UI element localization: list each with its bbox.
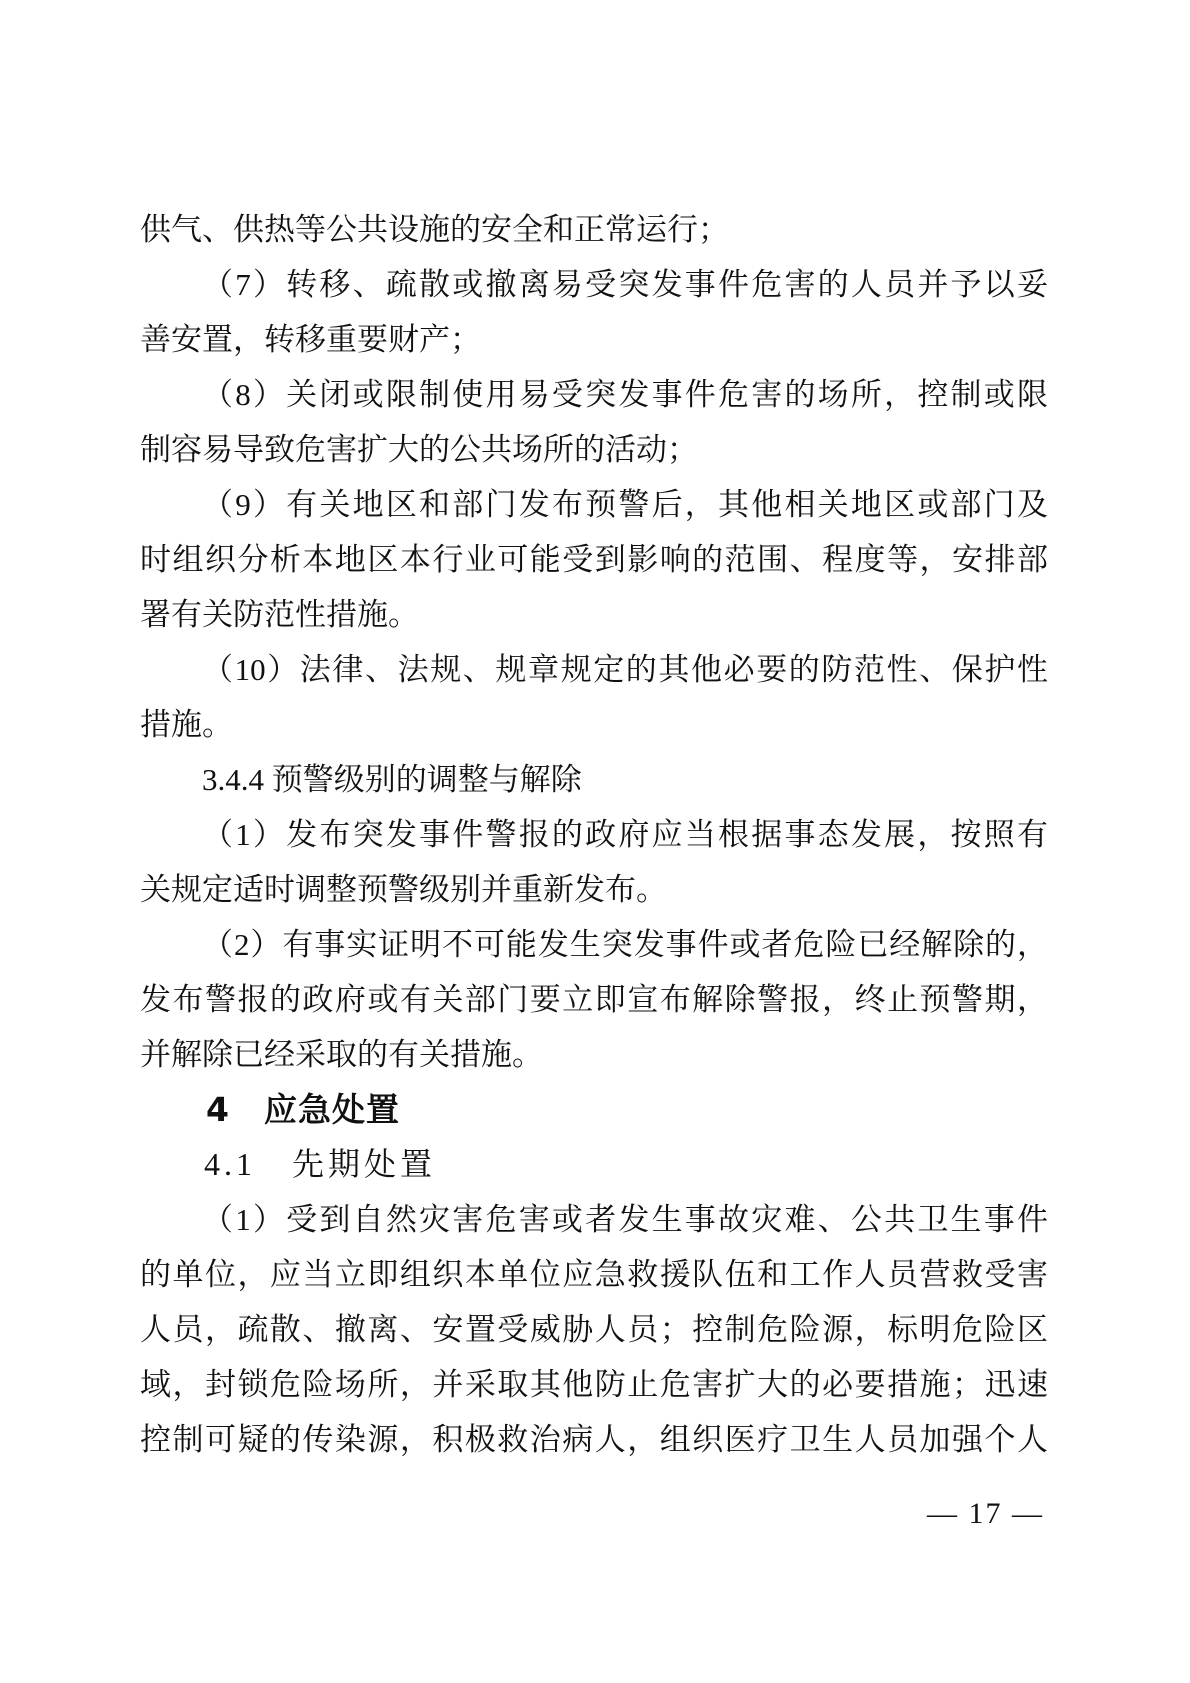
text-line: 时组织分析本地区本行业可能受到影响的范围、程度等，安排部 (140, 532, 1048, 587)
text-line: 供气、供热等公共设施的安全和正常运行； (140, 202, 1048, 257)
text-line: （10）法律、法规、规章规定的其他必要的防范性、保护性 (140, 642, 1048, 697)
text-line: 发布警报的政府或有关部门要立即宣布解除警报，终止预警期， (140, 972, 1048, 1027)
text-line: 并解除已经采取的有关措施。 (140, 1027, 1048, 1082)
text-line: 人员，疏散、撤离、安置受威胁人员；控制危险源，标明危险区 (140, 1302, 1048, 1357)
page-number: — 17 — (927, 1496, 1044, 1532)
text-line: 制容易导致危害扩大的公共场所的活动； (140, 422, 1048, 477)
text-line: 的单位，应当立即组织本单位应急救援队伍和工作人员营救受害 (140, 1247, 1048, 1302)
text-line: 善安置，转移重要财产； (140, 312, 1048, 367)
text-line: （1）受到自然灾害危害或者发生事故灾难、公共卫生事件 (140, 1192, 1048, 1247)
section-heading: 4.1 先期处置 (140, 1137, 1048, 1192)
document-body: 供气、供热等公共设施的安全和正常运行；（7）转移、疏散或撤离易受突发事件危害的人… (0, 0, 1190, 1467)
text-line: （8）关闭或限制使用易受突发事件危害的场所，控制或限 (140, 367, 1048, 422)
text-line: 关规定适时调整预警级别并重新发布。 (140, 862, 1048, 917)
text-line: 域，封锁危险场所，并采取其他防止危害扩大的必要措施；迅速 (140, 1357, 1048, 1412)
text-line: （2）有事实证明不可能发生突发事件或者危险已经解除的， (140, 917, 1048, 972)
text-line: （9）有关地区和部门发布预警后，其他相关地区或部门及 (140, 477, 1048, 532)
text-line: 措施。 (140, 697, 1048, 752)
section-heading: 4 应急处置 (140, 1082, 1048, 1137)
text-line: 署有关防范性措施。 (140, 587, 1048, 642)
text-line: （1）发布突发事件警报的政府应当根据事态发展，按照有 (140, 807, 1048, 862)
document-page: 供气、供热等公共设施的安全和正常运行；（7）转移、疏散或撤离易受突发事件危害的人… (0, 0, 1190, 1683)
text-line: （7）转移、疏散或撤离易受突发事件危害的人员并予以妥 (140, 257, 1048, 312)
section-heading: 3.4.4 预警级别的调整与解除 (140, 752, 1048, 807)
text-line: 控制可疑的传染源，积极救治病人，组织医疗卫生人员加强个人 (140, 1412, 1048, 1467)
